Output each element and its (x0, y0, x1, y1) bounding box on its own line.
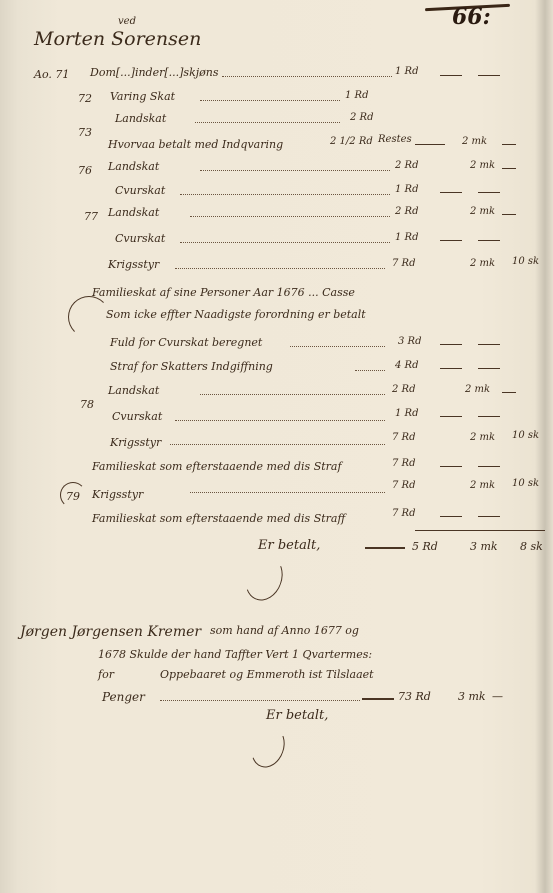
entry-rd: 7 Rd (392, 480, 415, 491)
entry-label: Cvurskat (115, 232, 165, 245)
entry-prefix: 77 (84, 210, 98, 223)
flourish (239, 550, 289, 606)
entry-mk: 2 mk (465, 384, 490, 395)
dash (440, 416, 462, 417)
entry-sk: 10 sk (512, 256, 539, 267)
entry-label: Landskat (108, 384, 159, 397)
dash (440, 344, 462, 345)
dash (478, 368, 500, 369)
entry-rd: 7 Rd (392, 458, 415, 469)
leader-dots (190, 492, 385, 493)
total-mk: 3 mk (470, 540, 498, 553)
entry-rd: 1 Rd (395, 408, 418, 419)
dash (478, 75, 500, 76)
entry-rd: 1 Rd (345, 90, 368, 101)
entry-rd: 1 Rd (395, 66, 418, 77)
total-rule (415, 530, 545, 531)
leader-dots (175, 268, 385, 269)
entry-mk: 2 mk (462, 136, 487, 147)
entry-rd: 2 Rd (395, 160, 418, 171)
entry-rd: 1 Rd (395, 232, 418, 243)
dash (478, 240, 500, 241)
account2-sk: — (492, 690, 503, 703)
entry-label: Krigsstyr (92, 488, 143, 501)
entry-mk: 2 mk (470, 432, 495, 443)
dash (478, 466, 500, 467)
entry-rd: 2 Rd (395, 206, 418, 217)
leader-dots (200, 170, 390, 171)
entry-sk: 10 sk (512, 430, 539, 441)
leader-dots (200, 394, 385, 395)
entry-rd: 7 Rd (392, 258, 415, 269)
entry-label: Dom[...]inder[...]skjøns (90, 66, 219, 79)
flourish (68, 296, 110, 338)
entry-sk: 10 sk (512, 478, 539, 489)
entry-mk: 2 mk (470, 480, 495, 491)
flourish (60, 482, 86, 508)
dash (440, 368, 462, 369)
entry-rd: 4 Rd (395, 360, 418, 371)
entry-label: Cvurskat (112, 410, 162, 423)
entry-label: Varing Skat (110, 90, 175, 103)
entry-label: Landskat (115, 112, 166, 125)
entry-label: Familieskat som efterstaaende med dis St… (92, 460, 342, 473)
leader-dots (190, 216, 390, 217)
dash (502, 214, 516, 215)
account2-line1: som hand af Anno 1677 og (210, 624, 359, 637)
leader-dots (180, 194, 390, 195)
entry-prefix: Ao. 71 (34, 68, 69, 81)
entry-prefix: 72 (78, 92, 92, 105)
account1-title-superscript: ved (118, 16, 136, 27)
leader-dots (175, 420, 385, 421)
dash (440, 75, 462, 76)
leader-dots (160, 700, 360, 701)
account2-title: Jørgen Jørgensen Kremer (20, 624, 201, 640)
entry-note: Restes (378, 134, 412, 145)
dash (478, 516, 500, 517)
leader-dots (290, 346, 385, 347)
dash (502, 168, 516, 169)
dash (502, 144, 516, 145)
dash (440, 192, 462, 193)
entry-mk: 2 mk (470, 206, 495, 217)
entry-rd: 2 Rd (392, 384, 415, 395)
leader-dots (180, 242, 390, 243)
leader-dots (355, 370, 385, 371)
entry-mk: 2 mk (470, 258, 495, 269)
total-sk: 8 sk (520, 540, 543, 553)
dash (440, 516, 462, 517)
entry-prefix: 78 (80, 398, 94, 411)
dash (478, 344, 500, 345)
account2-total-label: Er betalt, (266, 708, 328, 723)
entry-label: Krigsstyr (108, 258, 159, 271)
entry-rd: 7 Rd (392, 432, 415, 443)
dash (362, 698, 394, 700)
entry-prefix: 76 (78, 164, 92, 177)
entry-prefix: 73 (78, 126, 92, 139)
account2-line3: Oppebaaret og Emmeroth ist Tilslaaet (160, 668, 374, 681)
entry-rd: 2 Rd (350, 112, 373, 123)
dash (440, 466, 462, 467)
entry-label: Fuld for Cvurskat beregnet (110, 336, 262, 349)
entry-rd: 2 1/2 Rd (330, 136, 373, 147)
entry-label: Cvurskat (115, 184, 165, 197)
dash (415, 144, 445, 145)
account2-line3-prefix: for (98, 668, 114, 681)
total-label: Er betalt, (258, 538, 320, 553)
entry-rd: 1 Rd (395, 184, 418, 195)
entry-label: Som icke effter Naadigste forordning er … (106, 308, 366, 321)
account2-line4-label: Penger (102, 690, 145, 704)
entry-label: Straf for Skatters Indgiffning (110, 360, 273, 373)
account2-mk: 3 mk (458, 690, 486, 703)
entry-label: Krigsstyr (110, 436, 161, 449)
manuscript-page: 66: Morten Sorensen ved Ao. 71 Dom[...]i… (0, 0, 553, 893)
double-rule (365, 547, 405, 549)
entry-rd: 3 Rd (398, 336, 421, 347)
dash (478, 192, 500, 193)
leader-dots (200, 100, 340, 101)
entry-label: Familieskat af sine Personer Aar 1676 ..… (92, 286, 355, 299)
dash (502, 392, 516, 393)
entry-label: Landskat (108, 206, 159, 219)
entry-label: Landskat (108, 160, 159, 173)
leader-dots (170, 444, 385, 445)
dash (440, 240, 462, 241)
entry-label: Familieskat som efterstaaende med dis St… (92, 512, 345, 525)
total-rd: 5 Rd (412, 540, 438, 553)
account2-line2: 1678 Skulde der hand Taffter Vert 1 Qvar… (98, 648, 372, 661)
page-number: 66: (452, 4, 491, 30)
leader-dots (195, 122, 340, 123)
entry-rd: 7 Rd (392, 508, 415, 519)
entry-mk: 2 mk (470, 160, 495, 171)
entry-label: Hvorvaa betalt med Indqvaring (108, 138, 283, 151)
account2-rd: 73 Rd (398, 690, 431, 703)
account1-title: Morten Sorensen (34, 28, 201, 50)
flourish (246, 722, 290, 772)
leader-dots (222, 76, 392, 77)
dash (478, 416, 500, 417)
